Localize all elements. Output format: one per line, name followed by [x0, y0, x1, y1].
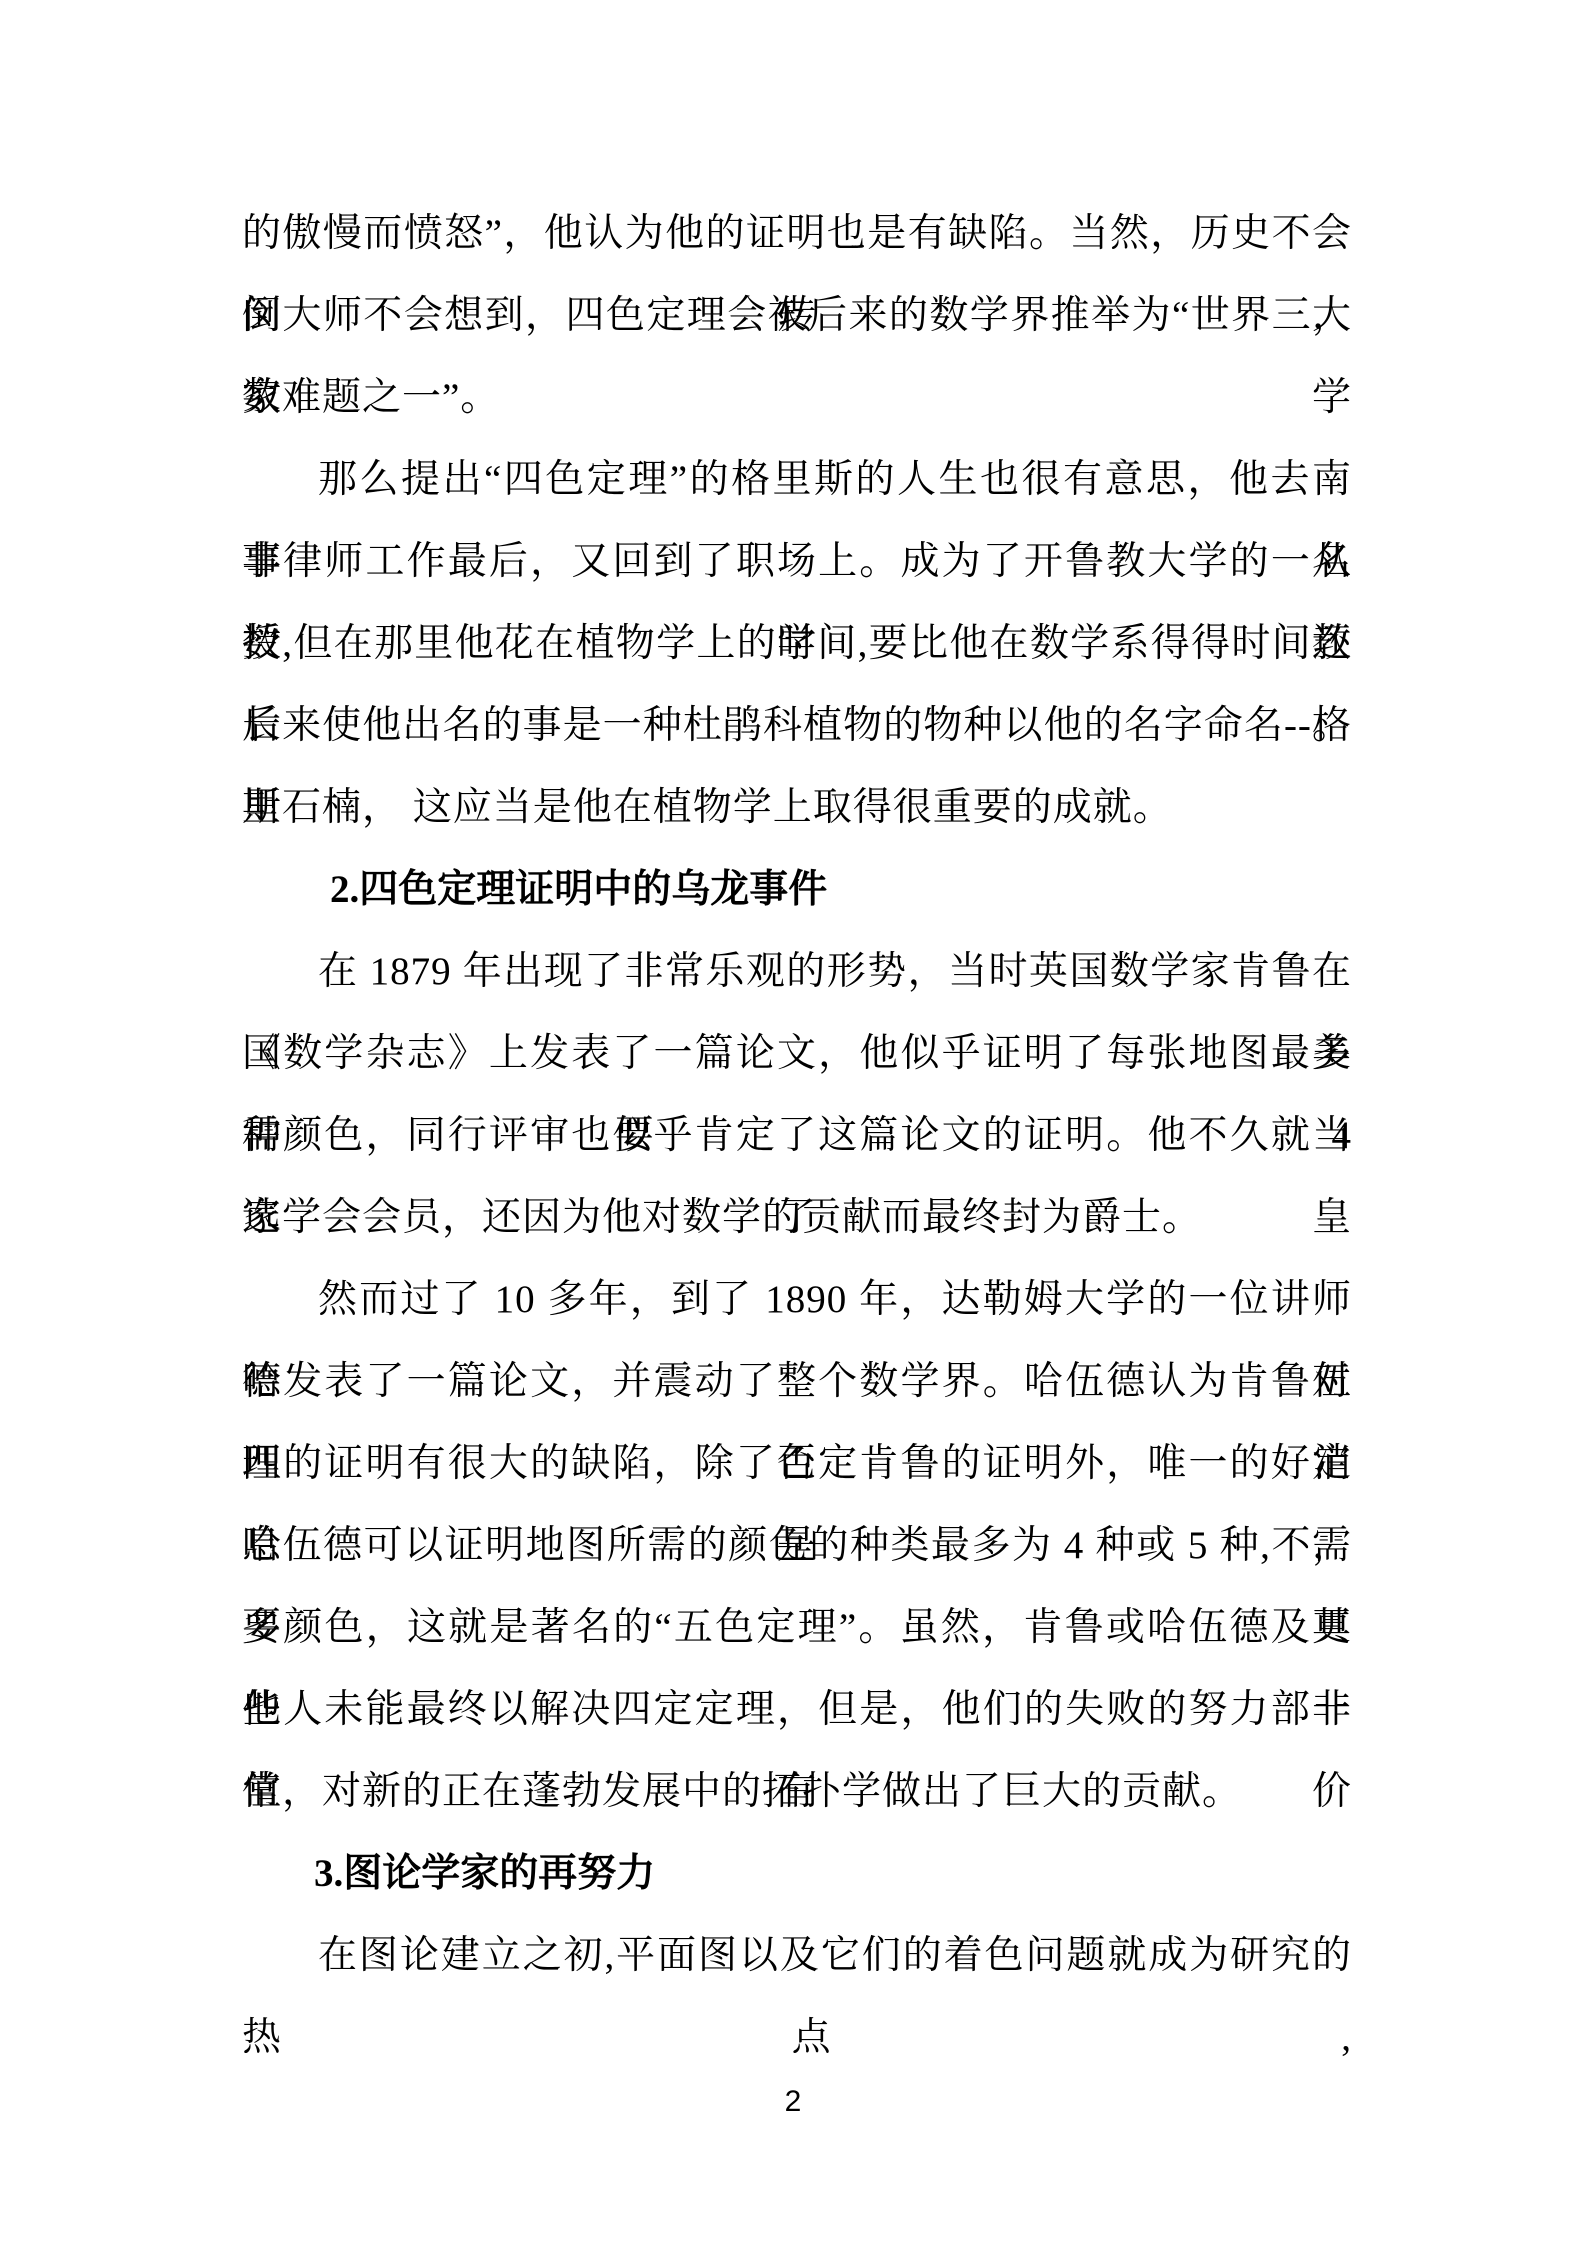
text-body: 的傲慢而愤怒”，他认为他的证明也是有缺陷。当然，历史不会倒转， 闵大师不会想到，…: [242, 193, 1352, 1997]
text-line: 闵大师不会想到，四色定理会被后来的数学界推举为“世界三大数学: [242, 275, 1352, 357]
section-heading-2: 2.四色定理证明中的乌龙事件: [242, 849, 1352, 931]
text-line: 授,但在那里他花在植物学上的时间,要比他在数学系得得时间还长。: [242, 603, 1352, 685]
document-page: 的傲慢而愤怒”，他认为他的证明也是有缺陷。当然，历史不会倒转， 闵大师不会想到，…: [0, 0, 1586, 2244]
text-line: 那么提出“四色定理”的格里斯的人生也很有意思，他去南非从: [242, 439, 1352, 521]
text-line: 理的证明有很大的缺陷，除了否定肯鲁的证明外，唯一的好消息是，: [242, 1423, 1352, 1505]
text-line: 事律师工作最后，又回到了职场上。成为了开鲁教大学的一名数学教: [242, 521, 1352, 603]
page-number: 2: [0, 2082, 1586, 2122]
text-line: 德发表了一篇论文，并震动了整个数学界。哈伍德认为肯鲁对四色定: [242, 1341, 1352, 1423]
text-line: 家学会会员，还因为他对数学的贡献而最终封为爵士。: [242, 1177, 1352, 1259]
text-line: 些人未能最终以解决四定定理，但是，他们的失败的努力部非常有价: [242, 1669, 1352, 1751]
text-line: 里石楠， 这应当是他在植物学上取得很重要的成就。: [242, 767, 1352, 849]
text-line: 后来使他出名的事是一种杜鹃科植物的物种以他的名字命名--格斯: [242, 685, 1352, 767]
text-line: 在图论建立之初,平面图以及它们的着色问题就成为研究的热点,: [242, 1915, 1352, 1997]
text-line: 哈伍德可以证明地图所需的颜色的种类最多为 4 种或 5 种,不需要更: [242, 1505, 1352, 1587]
text-line: 在 1879 年出现了非常乐观的形势，当时英国数学家肯鲁在《美: [242, 931, 1352, 1013]
text-line: 种颜色，同行评审也似乎肯定了这篇论文的证明。他不久就当选了皇: [242, 1095, 1352, 1177]
text-line: 然而过了 10 多年，到了 1890 年，达勒姆大学的一位讲师哈伍: [242, 1259, 1352, 1341]
text-line: 多颜色，这就是著名的“五色定理”。虽然，肯鲁或哈伍德及其他一: [242, 1587, 1352, 1669]
section-heading-3: 3.图论学家的再努力: [242, 1833, 1352, 1915]
text-line: 国数学杂志》上发表了一篇论文，他似乎证明了每张地图最多需要 4: [242, 1013, 1352, 1095]
text-line: 值，对新的正在蓬勃发展中的拓扑学做出了巨大的贡献。: [242, 1751, 1352, 1833]
text-line: 的傲慢而愤怒”，他认为他的证明也是有缺陷。当然，历史不会倒转，: [242, 193, 1352, 275]
